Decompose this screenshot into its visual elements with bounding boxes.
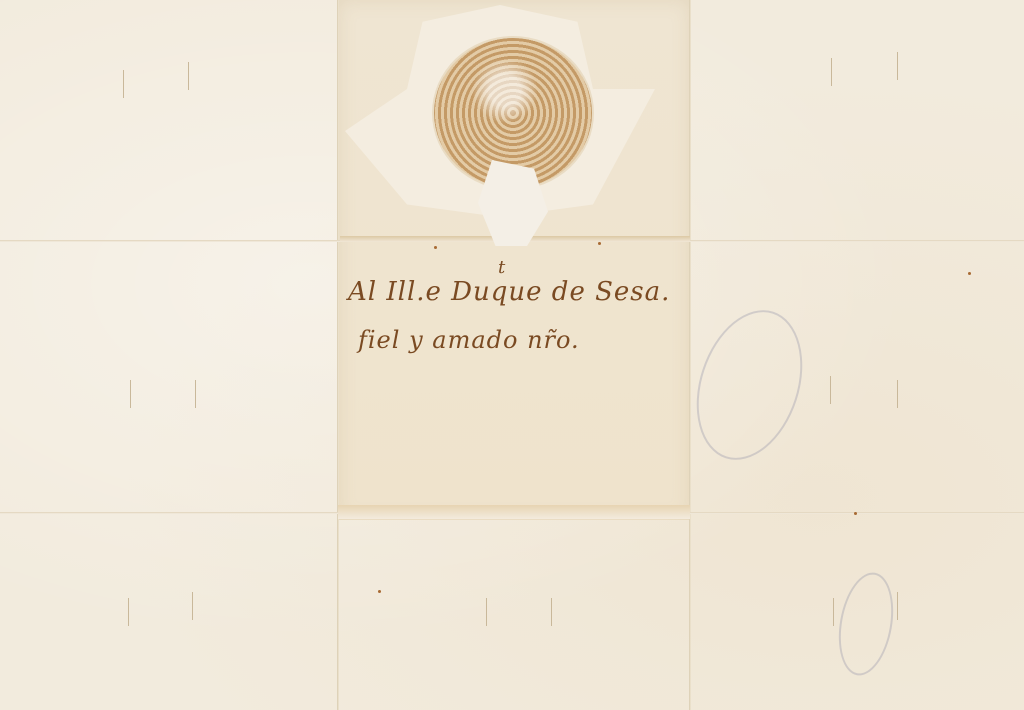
ink-spot (854, 512, 857, 515)
slit-mark (195, 380, 196, 408)
slit-mark (128, 598, 129, 626)
address-superscript: t (498, 244, 506, 292)
slit-mark (188, 62, 189, 90)
pencil-mark (679, 296, 821, 473)
slit-mark (192, 592, 193, 620)
slit-mark (486, 598, 487, 626)
slit-mark (897, 592, 898, 620)
fold-line (689, 0, 691, 710)
slit-mark (897, 380, 898, 408)
slit-mark (130, 380, 131, 408)
address-line-2: fiel y amado nr̃o. (348, 316, 670, 364)
slit-mark (830, 376, 831, 404)
pencil-mark (831, 568, 900, 679)
slit-mark (833, 598, 834, 626)
address-text: t Al Ill.e Duque de Sesa. fiel y amado n… (348, 268, 670, 364)
slit-mark (897, 52, 898, 80)
ink-spot (968, 272, 971, 275)
ink-spot (378, 590, 381, 593)
ink-spot (434, 246, 437, 249)
letter-sheet: t Al Ill.e Duque de Sesa. fiel y amado n… (0, 0, 1024, 710)
panel-edge (338, 505, 690, 519)
address-line-1: Al Ill.e Duque de Sesa. (348, 268, 670, 316)
fold-line (337, 0, 339, 710)
slit-mark (123, 70, 124, 98)
slit-mark (831, 58, 832, 86)
ink-spot (598, 242, 601, 245)
slit-mark (551, 598, 552, 626)
